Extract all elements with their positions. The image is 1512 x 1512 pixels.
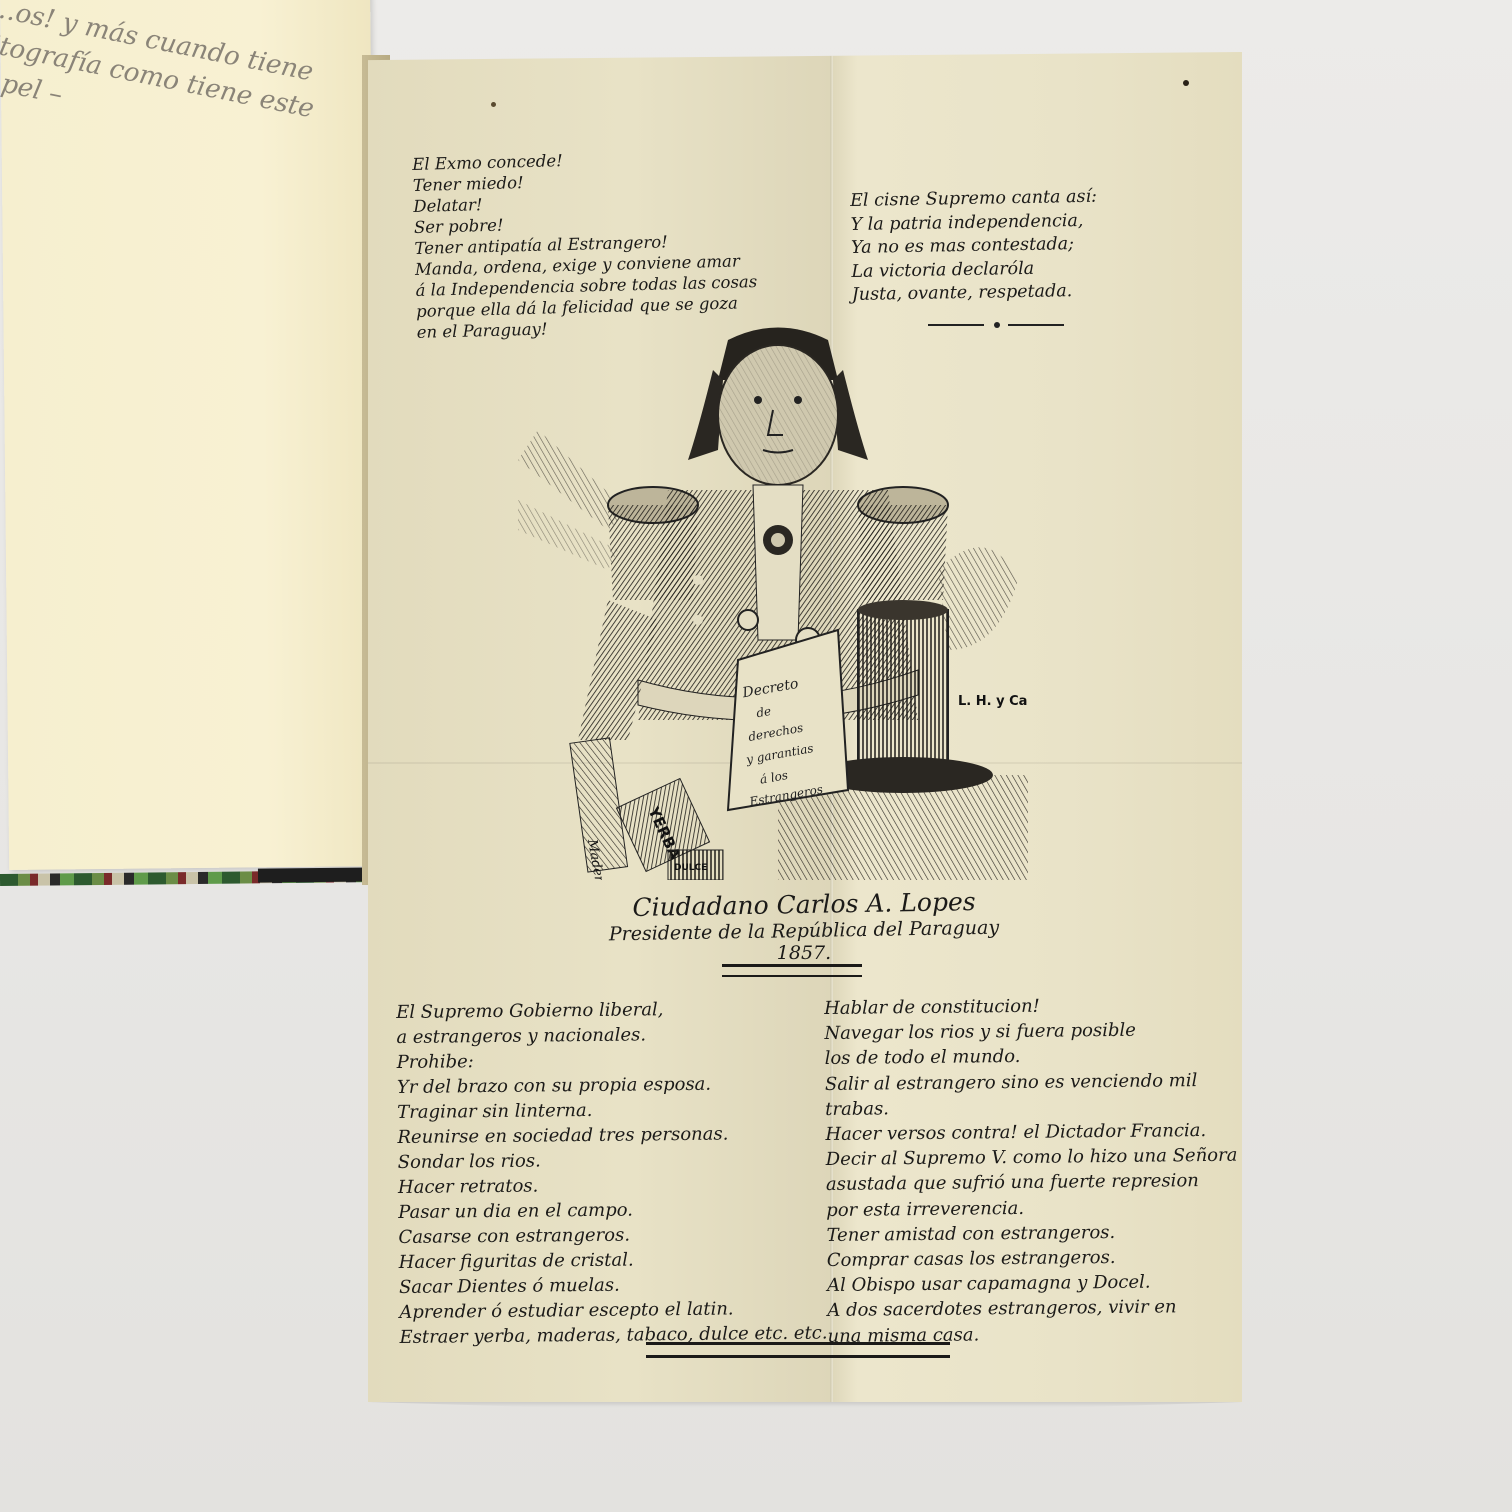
svg-text:DULCE: DULCE xyxy=(674,863,707,873)
lithograph-broadsheet: El Exmo concede! Tener miedo! Delatar! S… xyxy=(368,52,1242,1402)
text-line: asustada que sufrió una fuerte represion xyxy=(826,1168,1238,1198)
book-left-page: …os! y más cuando tiene litografía como … xyxy=(0,0,379,870)
double-rule xyxy=(722,964,862,977)
pin-hole xyxy=(1183,80,1189,86)
portrait-engraving: Decreto de derechos y garantias á los Es… xyxy=(518,320,1038,880)
verse-left: El Exmo concede! Tener miedo! Delatar! S… xyxy=(412,145,759,343)
pencil-annotation: …os! y más cuando tiene litografía como … xyxy=(0,0,347,167)
verse-line: Justa, ovante, respetada. xyxy=(852,280,1099,308)
pin-hole xyxy=(491,102,496,107)
verse-right: El cisne Supremo canta así: Y la patria … xyxy=(850,186,1099,308)
prohibitions-left-column: El Supremo Gobierno liberal, a estranger… xyxy=(396,996,828,1350)
caricature-figure-illustration: Decreto de derechos y garantias á los Es… xyxy=(518,320,1038,880)
text-line: Salir al estrangero sino es venciendo mi… xyxy=(825,1067,1237,1097)
svg-text:L. H. y Ca: L. H. y Ca xyxy=(958,694,1027,709)
verse-line: Ya no es mas contestada; xyxy=(851,233,1098,261)
svg-text:de: de xyxy=(755,704,772,720)
portrait-caption: Ciudadano Carlos A. Lopes Presidente de … xyxy=(594,890,1014,964)
caption-year: 1857. xyxy=(594,942,1014,964)
prohibitions-right-column: Hablar de constitucion! Navegar los rios… xyxy=(824,992,1239,1349)
bottom-double-rule xyxy=(646,1342,950,1358)
